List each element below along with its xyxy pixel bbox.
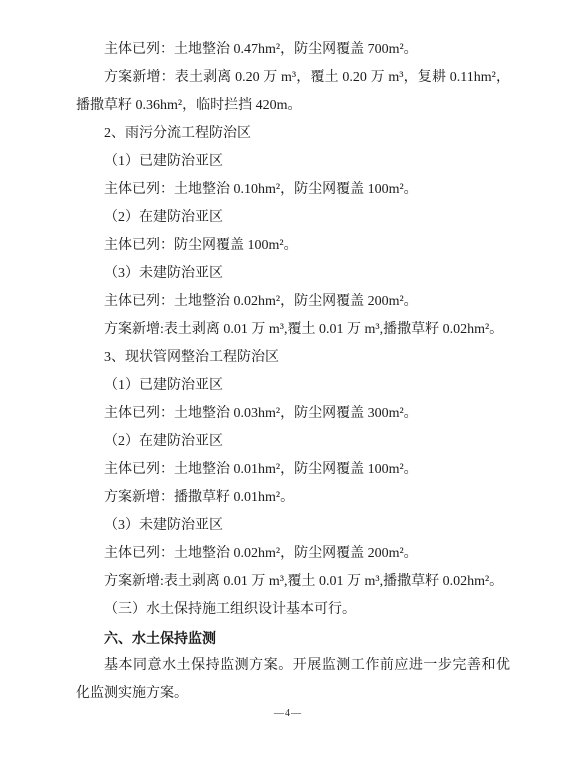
paren-subheading: （三）水土保持施工组织设计基本可行。 [76,596,510,624]
document-content: 主体已列：土地整治 0.47hm²，防尘网覆盖 700m²。 方案新增：表土剥离… [76,36,510,708]
doc-line: 基本同意水土保持监测方案。开展监测工作前应进一步完善和优 [76,652,510,680]
paren-subheading: （1）已建防治亚区 [76,372,510,400]
section-heading: 六、水土保持监测 [76,624,510,652]
doc-line: 化监测实施方案。 [76,680,510,708]
doc-line: 方案新增：播撒草籽 0.01hm²。 [76,484,510,512]
doc-line: 主体已列：土地整治 0.47hm²，防尘网覆盖 700m²。 [76,36,510,64]
doc-line: 主体已列：土地整治 0.10hm²，防尘网覆盖 100m²。 [76,176,510,204]
doc-line: 主体已列：土地整治 0.02hm²，防尘网覆盖 200m²。 [76,288,510,316]
doc-line: 主体已列：土地整治 0.03hm²，防尘网覆盖 300m²。 [76,400,510,428]
doc-line: 主体已列：土地整治 0.02hm²，防尘网覆盖 200m²。 [76,540,510,568]
doc-line: 方案新增：表土剥离 0.20 万 m³，覆土 0.20 万 m³，复耕 0.11… [76,64,510,92]
paren-subheading: （3）未建防治亚区 [76,512,510,540]
paren-subheading: （2）在建防治亚区 [76,428,510,456]
page-number: —4— [0,708,576,719]
doc-line: 方案新增:表土剥离 0.01 万 m³,覆土 0.01 万 m³,播撒草籽 0.… [76,316,510,344]
numbered-subheading: 3、现状管网整治工程防治区 [76,344,510,372]
doc-line: 播撒草籽 0.36hm²，临时拦挡 420m。 [76,92,510,120]
paren-subheading: （2）在建防治亚区 [76,204,510,232]
paren-subheading: （1）已建防治亚区 [76,148,510,176]
doc-line: 主体已列：土地整治 0.01hm²，防尘网覆盖 100m²。 [76,456,510,484]
doc-line: 主体已列：防尘网覆盖 100m²。 [76,232,510,260]
document-page: 主体已列：土地整治 0.47hm²，防尘网覆盖 700m²。 方案新增：表土剥离… [0,0,576,784]
paren-subheading: （3）未建防治亚区 [76,260,510,288]
doc-line: 方案新增:表土剥离 0.01 万 m³,覆土 0.01 万 m³,播撒草籽 0.… [76,568,510,596]
numbered-subheading: 2、雨污分流工程防治区 [76,120,510,148]
